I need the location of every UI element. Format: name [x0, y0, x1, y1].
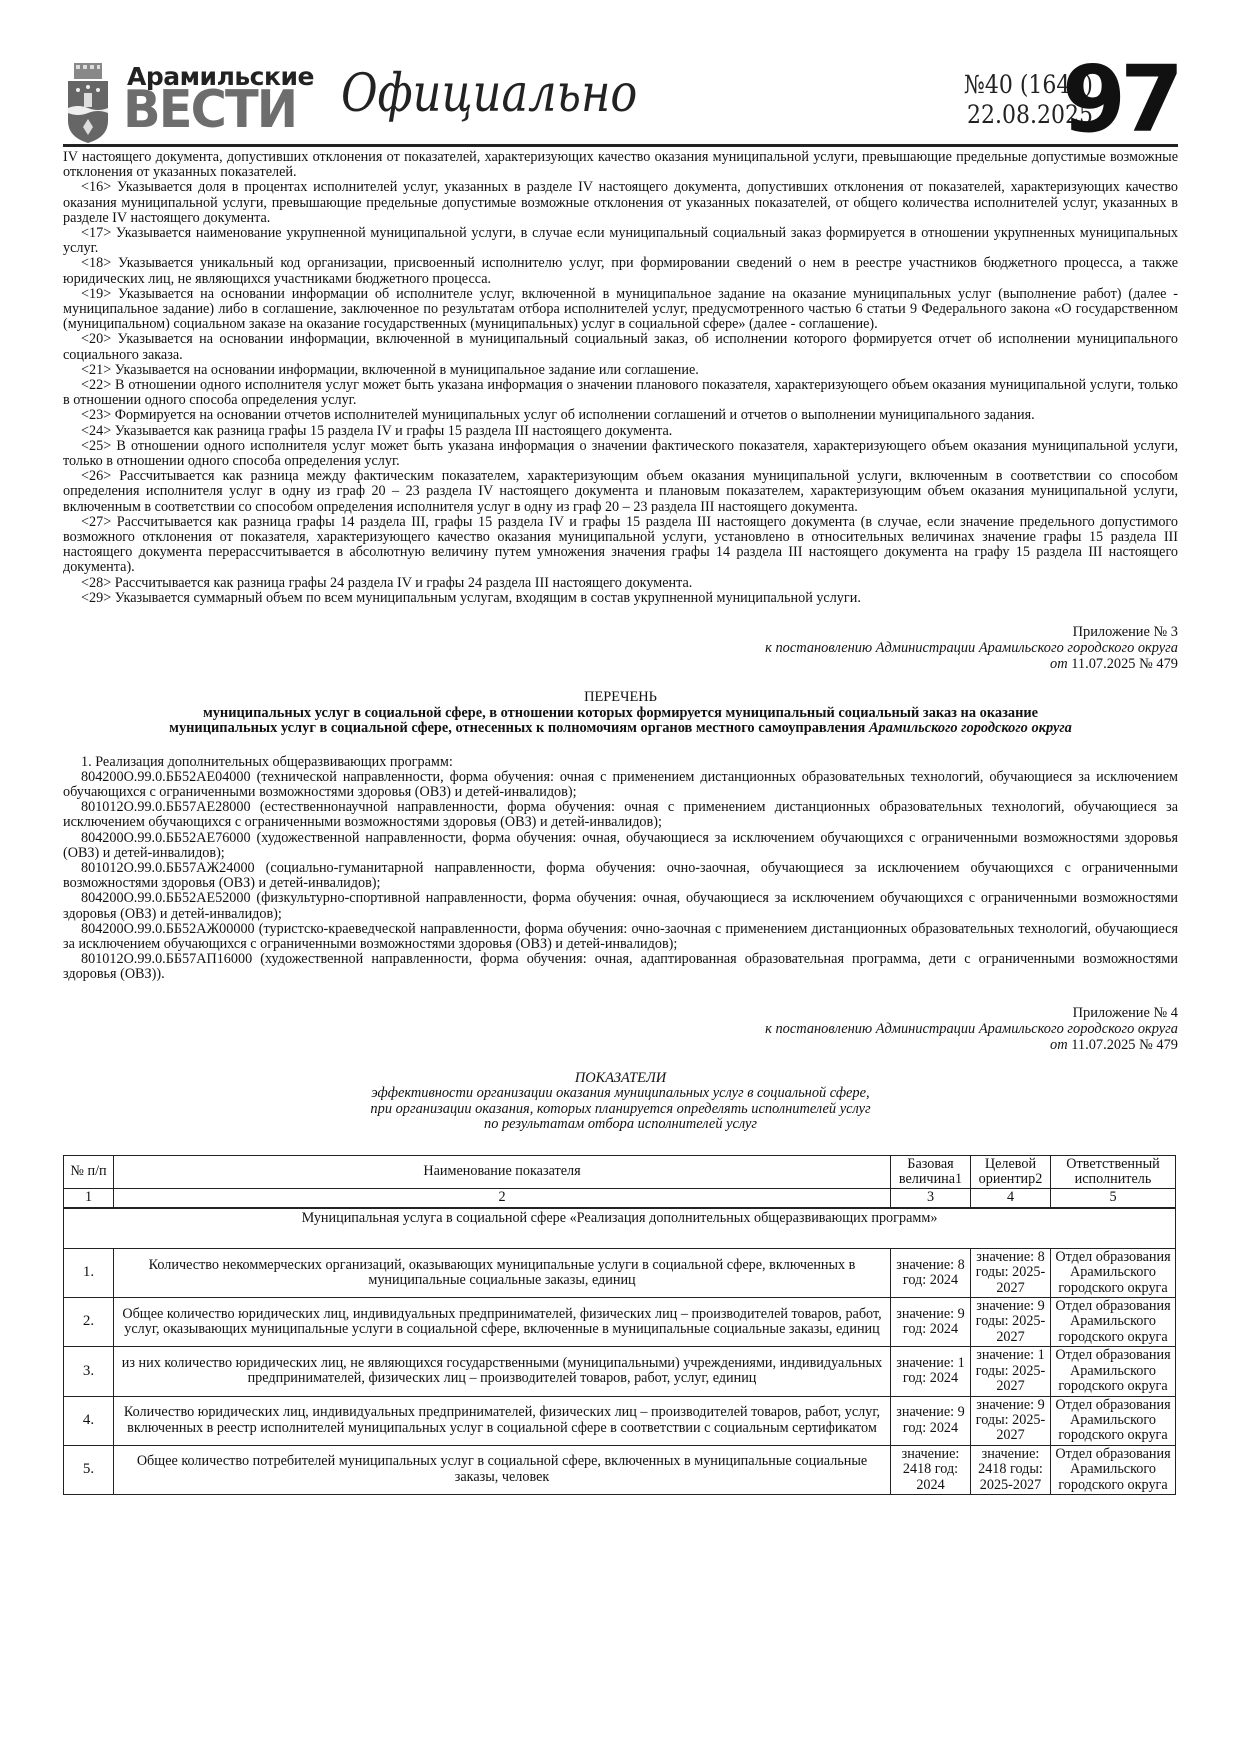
masthead: Арамильские ВЕСТИ Официально №40 (1647) … [63, 0, 1178, 150]
base-value: значение: 1 год: 2024 [891, 1347, 971, 1396]
service-item: 801012О.99.0.ББ57АП16000 (художественной… [63, 952, 1178, 982]
responsible: Отдел образования Арамильского городског… [1051, 1445, 1176, 1494]
footnote: <18> Указывается уникальный код организа… [63, 256, 1178, 286]
service-item: 804200О.99.0.ББ52АЕ76000 (художественной… [63, 831, 1178, 861]
row-number: 5. [64, 1445, 114, 1494]
appendix4-ref: к постановлению Администрации Арамильско… [63, 1021, 1178, 1037]
appendix4-label: Приложение № 4 [63, 1005, 1178, 1021]
target-value: значение: 1 годы: 2025-2027 [971, 1347, 1051, 1396]
header-target: Целевой ориентир2 [971, 1155, 1051, 1189]
service-item: 801012О.99.0.ББ57АЕ28000 (естественнонау… [63, 800, 1178, 830]
header-rule [63, 144, 1178, 147]
indicator-name: Количество юридических лиц, индивидуальн… [114, 1396, 891, 1445]
base-value: значение: 8 год: 2024 [891, 1248, 971, 1297]
appendix4-title-block: ПОКАЗАТЕЛИ эффективности организации ока… [63, 1071, 1178, 1133]
table-section-row: Муниципальная услуга в социальной сфере … [64, 1208, 1176, 1249]
table-header-row: № п/п Наименование показателя Базовая ве… [64, 1155, 1176, 1189]
indicators-table: № п/п Наименование показателя Базовая ве… [63, 1155, 1176, 1495]
service-item: 801012О.99.0.ББ57АЖ24000 (социально-гума… [63, 861, 1178, 891]
indicator-name: Количество некоммерческих организаций, о… [114, 1248, 891, 1297]
col-num-3: 3 [891, 1189, 971, 1208]
indicator-name: из них количество юридических лиц, не яв… [114, 1347, 891, 1396]
footnote: <22> В отношении одного исполнителя услу… [63, 378, 1178, 408]
header-base: Базовая величина1 [891, 1155, 971, 1189]
brand-main: ВЕСТИ [123, 82, 296, 138]
appendix3-subtitle-italic: Арамильского городского округа [869, 720, 1072, 736]
coat-of-arms-icon [66, 63, 110, 143]
target-value: значение: 2418 годы: 2025-2027 [971, 1445, 1051, 1494]
page-number: 97 [1062, 50, 1178, 150]
target-value: значение: 9 годы: 2025-2027 [971, 1298, 1051, 1347]
section-title-cell: Муниципальная услуга в социальной сфере … [64, 1208, 1176, 1249]
header-num: № п/п [64, 1155, 114, 1189]
footnotes: <16> Указывается доля в процентах исполн… [63, 180, 1178, 606]
appendix3-label: Приложение № 3 [63, 624, 1178, 640]
services-list: 1. Реализация дополнительных общеразвива… [63, 755, 1178, 983]
document-body: IV настоящего документа, допустивших отк… [63, 150, 1178, 1495]
table-row: 1.Количество некоммерческих организаций,… [64, 1248, 1176, 1297]
service-item: 804200О.99.0.ББ52АЕ04000 (технической на… [63, 770, 1178, 800]
section-title: Официально [341, 64, 637, 124]
footnote: <25> В отношении одного исполнителя услу… [63, 439, 1178, 469]
appendix4-subtitle-3: по результатам отбора исполнителей услуг [63, 1117, 1178, 1133]
footnote: <26> Рассчитывается как разница между фа… [63, 469, 1178, 515]
appendix3-title-block: ПЕРЕЧЕНЬ муниципальных услуг в социально… [63, 690, 1178, 737]
target-value: значение: 8 годы: 2025-2027 [971, 1248, 1051, 1297]
services-items: 804200О.99.0.ББ52АЕ04000 (технической на… [63, 770, 1178, 983]
footnote: <23> Формируется на основании отчетов ис… [63, 408, 1178, 423]
row-number: 3. [64, 1347, 114, 1396]
col-num-1: 1 [64, 1189, 114, 1208]
table-row: 2.Общее количество юридических лиц, инди… [64, 1298, 1176, 1347]
appendix4-subtitle-2: при организации оказания, которых планир… [63, 1102, 1178, 1118]
base-value: значение: 9 год: 2024 [891, 1396, 971, 1445]
footnote: <29> Указывается суммарный объем по всем… [63, 591, 1178, 606]
footnote: <27> Рассчитывается как разница графы 14… [63, 515, 1178, 576]
appendix4-header: Приложение № 4 к постановлению Администр… [63, 1005, 1178, 1053]
appendix3-header: Приложение № 3 к постановлению Администр… [63, 624, 1178, 672]
column-numbers-row: 1 2 3 4 5 [64, 1189, 1176, 1208]
service-item: 804200О.99.0.ББ52АЖ00000 (туристско-крае… [63, 922, 1178, 952]
table-row: 4.Количество юридических лиц, индивидуал… [64, 1396, 1176, 1445]
table-row: 3.из них количество юридических лиц, не … [64, 1347, 1176, 1396]
row-number: 2. [64, 1298, 114, 1347]
newspaper-page: Арамильские ВЕСТИ Официально №40 (1647) … [63, 0, 1178, 150]
col-num-5: 5 [1051, 1189, 1176, 1208]
responsible: Отдел образования Арамильского городског… [1051, 1396, 1176, 1445]
target-value: значение: 9 годы: 2025-2027 [971, 1396, 1051, 1445]
header-name: Наименование показателя [114, 1155, 891, 1189]
table-row: 5.Общее количество потребителей муниципа… [64, 1445, 1176, 1494]
footnote: <20> Указывается на основании информации… [63, 332, 1178, 362]
responsible: Отдел образования Арамильского городског… [1051, 1347, 1176, 1396]
footnote: <28> Рассчитывается как разница графы 24… [63, 576, 1178, 591]
appendix3-subtitle-2: муниципальных услуг в социальной сфере, … [169, 720, 865, 736]
appendix3-ref: к постановлению Администрации Арамильско… [63, 640, 1178, 656]
footnote-continued: IV настоящего документа, допустивших отк… [63, 150, 1178, 180]
footnote: <21> Указывается на основании информации… [63, 363, 1178, 378]
services-list-heading: 1. Реализация дополнительных общеразвива… [63, 755, 1178, 770]
indicator-name: Общее количество потребителей муниципаль… [114, 1445, 891, 1494]
base-value: значение: 9 год: 2024 [891, 1298, 971, 1347]
responsible: Отдел образования Арамильского городског… [1051, 1298, 1176, 1347]
appendix4-subtitle-1: эффективности организации оказания муниц… [63, 1086, 1178, 1102]
appendix3-title: ПЕРЕЧЕНЬ [63, 690, 1178, 706]
indicator-name: Общее количество юридических лиц, индиви… [114, 1298, 891, 1347]
appendix3-date-prefix: от [1050, 656, 1068, 672]
service-item: 804200О.99.0.ББ52АЕ52000 (физкультурно-с… [63, 891, 1178, 921]
appendix3-subtitle-1: муниципальных услуг в социальной сфере, … [203, 705, 1038, 721]
base-value: значение: 2418 год: 2024 [891, 1445, 971, 1494]
appendix4-date: 11.07.2025 № 479 [1071, 1037, 1178, 1053]
responsible: Отдел образования Арамильского городског… [1051, 1248, 1176, 1297]
footnote: <17> Указывается наименование укрупненно… [63, 226, 1178, 256]
appendix4-date-prefix: от [1050, 1037, 1068, 1053]
col-num-2: 2 [114, 1189, 891, 1208]
appendix3-date: 11.07.2025 № 479 [1071, 656, 1178, 672]
row-number: 4. [64, 1396, 114, 1445]
footnote: <16> Указывается доля в процентах исполн… [63, 180, 1178, 226]
footnote: <24> Указывается как разница графы 15 ра… [63, 424, 1178, 439]
footnote: <19> Указывается на основании информации… [63, 287, 1178, 333]
appendix4-title: ПОКАЗАТЕЛИ [63, 1071, 1178, 1087]
header-responsible: Ответственный исполнитель [1051, 1155, 1176, 1189]
col-num-4: 4 [971, 1189, 1051, 1208]
row-number: 1. [64, 1248, 114, 1297]
